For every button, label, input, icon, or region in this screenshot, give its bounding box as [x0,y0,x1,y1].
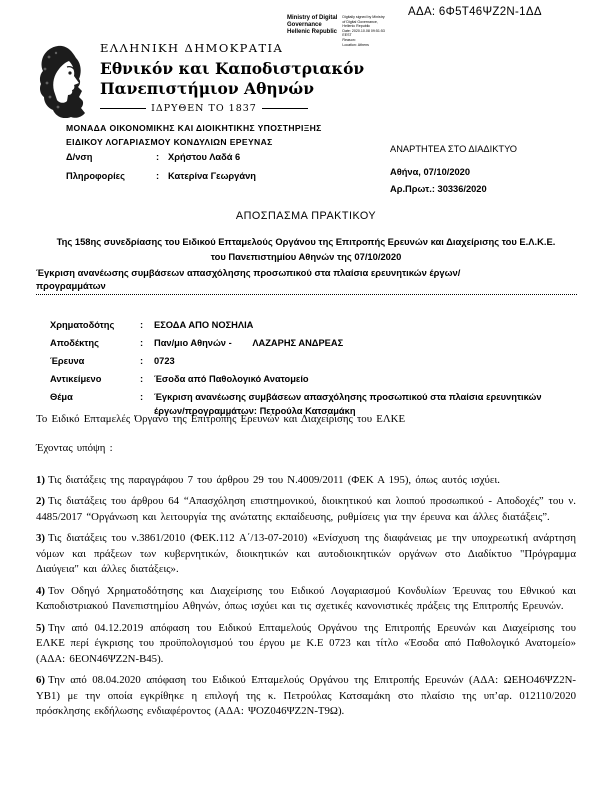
contact-block: Δ/νση : Χρήστου Λαδά 6 Πληροφορίες : Κατ… [66,151,256,189]
detail-label: Έρευνα [50,355,140,369]
item-text: Την από 08.04.2020 απόφαση του Ειδικού Ε… [36,674,576,717]
detail-value: Έσοδα από Παθολογικό Ανατομείο [154,373,552,387]
subject-line1: Έγκριση ανανέωσης συμβάσεων απασχόλησης … [36,266,577,279]
item-text: Τις διατάξεις του ν.3861/2010 (ΦΕΚ.112 Α… [36,532,576,575]
contact-label: Πληροφορίες [66,170,156,183]
item-text: Τον Οδηγό Χρηματοδότησης και Διαχείρισης… [36,585,576,612]
legal-item-3: 3)Τις διατάξεις του ν.3861/2010 (ΦΕΚ.112… [36,531,576,577]
detail-separator: : [140,337,154,351]
contact-label: Δ/νση [66,151,156,164]
detail-separator: : [140,319,154,333]
founded-divider: ΙΔΡΥΘΕΝ ΤΟ 1837 [100,103,308,114]
signature-authority-line: Governance [287,22,337,29]
web-posting-label: ΑΝΑΡΤΗΤΕΑ ΣΤΟ ΔΙΑΔΙΚΤΥΟ [390,143,517,155]
letterhead: ΕΛΛΗΝΙΚΗ ΔΗΜΟΚΡΑΤΙΑ Εθνικόν και Καποδιστ… [100,41,364,114]
detail-row-research: Έρευνα : 0723 [50,355,552,369]
subject-line2-dotted: προγραμμάτων [36,279,577,295]
posting-block: ΑΝΑΡΤΗΤΕΑ ΣΤΟ ΔΙΑΔΙΚΤΥΟ Αθήνα, 07/10/202… [390,143,517,195]
detail-label: Αποδέκτης [50,337,140,351]
document-body: Το Ειδικό Επταμελές Όργανο της Επιτροπής… [36,412,576,726]
divider-line [262,108,308,109]
unit-line1: ΜΟΝΑΔΑ ΟΙΚΟΝΟΜΙΚΗΣ ΚΑΙ ΔΙΟΙΚΗΤΙΚΗΣ ΥΠΟΣΤ… [66,121,322,135]
ada-number: ΑΔΑ: 6Φ5Τ46ΨΖ2Ν-1ΔΔ [408,6,542,18]
item-number: 2) [36,495,48,507]
place-date: Αθήνα, 07/10/2020 [390,166,517,178]
session-description: Της 158ης συνεδρίασης του Ειδικού Επταμε… [56,234,556,264]
legal-item-2: 2)Τις διατάξεις του άρθρου 64 “Απασχόλησ… [36,494,576,525]
item-text: Τις διατάξεις του άρθρου 64 “Απασχόληση … [36,495,576,522]
body-intro: Το Ειδικό Επταμελές Όργανο της Επιτροπής… [36,412,576,427]
signature-detail-line: Digitally signed by Ministry [342,15,385,20]
unit-line2: ΕΙΔΙΚΟΥ ΛΟΓΑΡΙΑΣΜΟΥ ΚΟΝΔΥΛΙΩΝ ΕΡΕΥΝΑΣ [66,135,322,149]
legal-item-1: 1)Τις διατάξεις της παραγράφου 7 του άρθ… [36,473,576,488]
contact-value: Χρήστου Λαδά 6 [168,151,240,164]
divider-line [100,108,146,109]
document-title: ΑΠΟΣΠΑΣΜΑ ΠΡΑΚΤΙΚΟΥ [0,210,612,222]
item-number: 5) [36,622,48,634]
legal-item-5: 5)Την από 04.12.2019 απόφαση του Ειδικού… [36,621,576,667]
item-number: 4) [36,585,48,597]
detail-value: 0723 [154,355,552,369]
detail-value: Παν/μιο Αθηνών - ΛΑΖΑΡΗΣ ΑΝΔΡΕΑΣ [154,337,552,351]
protocol-number: Αρ.Πρωτ.: 30336/2020 [390,183,517,195]
legal-item-4: 4)Τον Οδηγό Χρηματοδότησης και Διαχείρισ… [36,584,576,615]
having-regard: Έχοντας υπόψη : [36,441,576,456]
subject-heading: Έγκριση ανανέωσης συμβάσεων απασχόλησης … [36,266,577,295]
signature-authority-line: Hellenic Republic [287,29,337,36]
detail-label: Αντικείμενο [50,373,140,387]
contact-separator: : [156,151,168,164]
founded-text: ΙΔΡΥΘΕΝ ΤΟ 1837 [146,103,262,114]
detail-separator: : [140,373,154,387]
contact-row: Δ/νση : Χρήστου Λαδά 6 [66,151,256,164]
detail-value: ΕΣΟΔΑ ΑΠΟ ΝΟΣΗΛΙΑ [154,319,552,333]
document-page: ΑΔΑ: 6Φ5Τ46ΨΖ2Ν-1ΔΔ Ministry of Digital … [0,0,612,792]
contact-separator: : [156,170,168,183]
detail-label: Χρηματοδότης [50,319,140,333]
university-name-line1: Εθνικόν και Καποδιστριακόν [100,59,364,79]
detail-row-funder: Χρηματοδότης : ΕΣΟΔΑ ΑΠΟ ΝΟΣΗΛΙΑ [50,319,552,333]
unit-name: ΜΟΝΑΔΑ ΟΙΚΟΝΟΜΙΚΗΣ ΚΑΙ ΔΙΟΙΚΗΤΙΚΗΣ ΥΠΟΣΤ… [66,121,322,149]
university-name-line2: Πανεπιστήμιον Αθηνών [100,79,364,99]
detail-separator: : [140,355,154,369]
republic-heading: ΕΛΛΗΝΙΚΗ ΔΗΜΟΚΡΑΤΙΑ [100,41,364,55]
item-text: Τις διατάξεις της παραγράφου 7 του άρθρο… [48,474,500,486]
contact-value: Κατερίνα Γεωργάνη [168,170,256,183]
item-number: 1) [36,474,48,486]
details-table: Χρηματοδότης : ΕΣΟΔΑ ΑΠΟ ΝΟΣΗΛΙΑ Αποδέκτ… [50,319,552,423]
item-text: Την από 04.12.2019 απόφαση του Ειδικού Ε… [36,622,576,665]
legal-item-6: 6)Την από 08.04.2020 απόφαση του Ειδικού… [36,673,576,719]
item-number: 6) [36,674,48,686]
university-logo-athena-icon [35,45,94,118]
detail-row-object: Αντικείμενο : Έσοδα από Παθολογικό Ανατο… [50,373,552,387]
detail-row-recipient: Αποδέκτης : Παν/μιο Αθηνών - ΛΑΖΑΡΗΣ ΑΝΔ… [50,337,552,351]
item-number: 3) [36,532,48,544]
contact-row: Πληροφορίες : Κατερίνα Γεωργάνη [66,170,256,183]
signature-authority-line: Ministry of Digital [287,15,337,22]
